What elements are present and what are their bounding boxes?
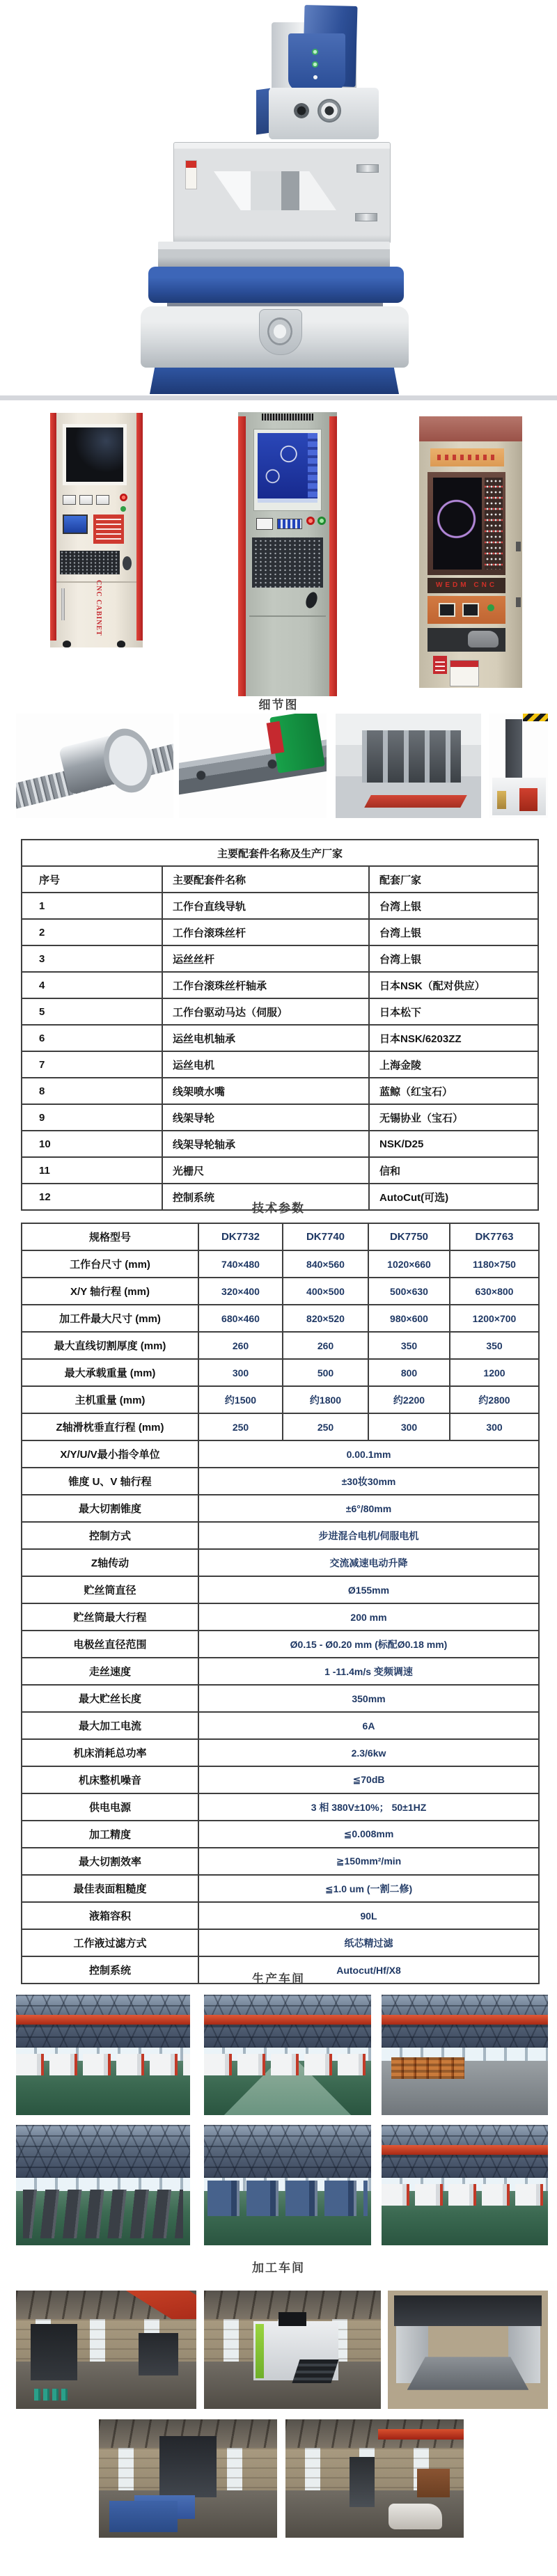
red-drawer — [519, 788, 538, 811]
spec-value-cell: 840×560 — [283, 1250, 368, 1278]
warning-label-icon — [433, 656, 447, 674]
mouse — [304, 590, 319, 610]
production-photo-3 — [382, 1995, 548, 2115]
rust-machine — [417, 2469, 449, 2497]
ballscrew-flange — [97, 723, 158, 798]
gantry-machine — [159, 2436, 217, 2497]
spec-value-cell: 1020×660 — [368, 1250, 450, 1278]
spec-row: 最大加工电流6A — [22, 1712, 539, 1739]
green-button-icon — [317, 517, 326, 525]
spec-value-cell: 680×460 — [198, 1305, 283, 1332]
spec-row: 机床整机噪音≦70dB — [22, 1766, 539, 1793]
accessories-cell: 日本松下 — [369, 998, 538, 1025]
spec-value-cell: 300 — [368, 1413, 450, 1440]
spec-span-cell: 交流减速电动升降 — [198, 1549, 539, 1576]
processing-photo-1 — [16, 2291, 196, 2409]
detail-photo-worktable — [336, 714, 481, 818]
cabinet-red-frame — [329, 416, 337, 696]
spec-value-cell: 约2800 — [450, 1386, 539, 1413]
accessories-cell: 运丝丝杆 — [162, 945, 369, 972]
caster-wheel-icon — [117, 641, 125, 647]
spec-value-cell: 250 — [283, 1413, 368, 1440]
spec-row-label: 供电电源 — [22, 1793, 198, 1821]
accessories-row: 9线架导轮无锡协业（宝石） — [22, 1104, 538, 1131]
spec-span-cell: 2.3/6kw — [198, 1739, 539, 1766]
accessories-cell: 7 — [22, 1051, 162, 1078]
processing-photo-3 — [388, 2291, 548, 2409]
dark-machine — [139, 2333, 178, 2375]
accessories-cell: 10 — [22, 1131, 162, 1157]
spec-value-cell: 250 — [198, 1413, 283, 1440]
spec-span-cell: 90L — [198, 1902, 539, 1929]
machine-row — [16, 2054, 190, 2075]
accessories-cell: 蓝鲸（红宝石） — [369, 1078, 538, 1104]
cabinet-red-edge — [50, 413, 56, 641]
gauge-icon — [256, 518, 273, 530]
accessories-cell: 1 — [22, 893, 162, 919]
spec-value-cell: 300 — [198, 1359, 283, 1386]
spec-row: 最大切割效率≧150mm²/min — [22, 1848, 539, 1875]
spec-value-cell: 800 — [368, 1359, 450, 1386]
spec-value-cell: 260 — [283, 1332, 368, 1359]
spec-table: 规格型号DK7732DK7740DK7750DK7763工作台尺寸 (mm)74… — [21, 1223, 540, 1984]
cabinet-brand-text: CNC CABINET — [95, 580, 102, 644]
spec-row-label: 液箱容积 — [22, 1902, 198, 1929]
accessories-cell: 工作台滚珠丝杆轴承 — [162, 972, 369, 998]
machine-dial-icon — [317, 99, 341, 123]
accessories-cell: 上海金陵 — [369, 1051, 538, 1078]
spec-value-cell: 400×500 — [283, 1278, 368, 1305]
spec-row: 电极丝直径范围Ø0.15 - Ø0.20 mm (标配Ø0.18 mm) — [22, 1631, 539, 1658]
crane-beam — [378, 2429, 464, 2440]
accessories-row: 1工作台直线导轨台湾上银 — [22, 893, 538, 919]
spec-span-cell: ≦1.0 um (一割二修) — [198, 1875, 539, 1902]
spec-span-cell: 3 相 380V±10%； 50±1HZ — [198, 1793, 539, 1821]
cabinet-red-frame — [238, 416, 246, 696]
crane-beam — [382, 2015, 548, 2025]
machine-table-rim — [158, 242, 390, 267]
pallet-stacks — [391, 2057, 464, 2079]
accessories-row: 7运丝电机上海金陵 — [22, 1051, 538, 1078]
spec-value-cell: 350 — [450, 1332, 539, 1359]
accessories-cell: 台湾上银 — [369, 945, 538, 972]
crane-beam — [382, 2145, 548, 2155]
production-photo-1 — [16, 1995, 190, 2115]
accessories-cell: NSK/D25 — [369, 1131, 538, 1157]
spec-value-cell: 500 — [283, 1359, 368, 1386]
screen-taskbar — [258, 498, 317, 503]
accessories-column-header: 主要配套件名称 — [162, 866, 369, 893]
keyboard — [252, 537, 323, 588]
green-button-icon — [487, 604, 494, 611]
wire-frame-column — [505, 719, 522, 784]
accessories-cell: 信和 — [369, 1157, 538, 1184]
hinge-icon — [355, 213, 377, 221]
spec-row: 最大直线切割厚度 (mm)260260350350 — [22, 1332, 539, 1359]
green-machine-trim — [256, 2324, 265, 2378]
spec-row: 液箱容积90L — [22, 1902, 539, 1929]
spec-row: 主机重量 (mm)约1500约1800约2200约2800 — [22, 1386, 539, 1413]
production-heading: 生产车间 — [0, 1969, 557, 1986]
spec-span-cell: ≧150mm²/min — [198, 1848, 539, 1875]
spec-row-label: Z轴滑枕垂直行程 (mm) — [22, 1413, 198, 1440]
processing-photo-5 — [285, 2419, 464, 2538]
accessories-cell: 5 — [22, 998, 162, 1025]
vent-grille-icon — [262, 414, 313, 421]
accessories-cell: 工作台驱动马达（伺服） — [162, 998, 369, 1025]
spec-row: 供电电源3 相 380V±10%； 50±1HZ — [22, 1793, 539, 1821]
factory-roof — [16, 2125, 190, 2178]
spec-value-cell: 980×600 — [368, 1305, 450, 1332]
spec-row-label: 机床消耗总功率 — [22, 1739, 198, 1766]
spec-row-label: X/Y 轴行程 (mm) — [22, 1278, 198, 1305]
hazard-stripe-icon — [523, 714, 548, 721]
spec-row: 贮丝筒最大行程200 mm — [22, 1603, 539, 1631]
spec-model-header: DK7750 — [368, 1223, 450, 1250]
spec-span-cell: 纸芯精过滤 — [198, 1929, 539, 1956]
spec-row: 锥度 U、V 轴行程±30妆30mm — [22, 1468, 539, 1495]
covered-part — [389, 2504, 442, 2529]
detail-photo-wire-frame — [489, 714, 548, 818]
gas-cylinders — [34, 2389, 70, 2401]
warning-card-icon — [450, 660, 479, 686]
processing-photo-4 — [99, 2419, 277, 2538]
spec-span-cell: 0.00.1mm — [198, 1440, 539, 1468]
green-button-icon — [312, 49, 318, 55]
spec-span-cell: 350mm — [198, 1685, 539, 1712]
accessories-cell: 2 — [22, 919, 162, 945]
machine-blue-wedge — [256, 88, 270, 135]
spec-row-label: X/Y/U/V最小指令单位 — [22, 1440, 198, 1468]
spec-row: 工作台尺寸 (mm)740×480840×5601020×6601180×750 — [22, 1250, 539, 1278]
hinge-icon — [516, 597, 521, 607]
spec-value-cell: 约1800 — [283, 1386, 368, 1413]
spec-row-label: 加工件最大尺寸 (mm) — [22, 1305, 198, 1332]
production-photo-6 — [382, 2125, 548, 2245]
door-handle — [61, 588, 65, 620]
spec-row: 工作液过滤方式纸芯精过滤 — [22, 1929, 539, 1956]
accessories-cell: 运丝电机轴承 — [162, 1025, 369, 1051]
spec-value-cell: 260 — [198, 1332, 283, 1359]
spec-row-label: 锥度 U、V 轴行程 — [22, 1468, 198, 1495]
spec-row-label: 最佳表面粗糙度 — [22, 1875, 198, 1902]
accessories-row: 11光栅尺信和 — [22, 1157, 538, 1184]
accessories-cell: 4 — [22, 972, 162, 998]
spec-row-label: 最大加工电流 — [22, 1712, 198, 1739]
control-cabinet-photo-2 — [238, 412, 337, 696]
processing-photo-2 — [204, 2291, 381, 2409]
accessories-cell: 无锡协业（宝石） — [369, 1104, 538, 1131]
accessories-row: 5工作台驱动马达（伺服）日本松下 — [22, 998, 538, 1025]
spec-row-label: 最大切割效率 — [22, 1848, 198, 1875]
accessories-cell: 日本NSK（配对供应） — [369, 972, 538, 998]
accessories-cell: 线架导轮 — [162, 1104, 369, 1131]
spec-label-header: 规格型号 — [22, 1223, 198, 1250]
spec-span-cell: ±30妆30mm — [198, 1468, 539, 1495]
spec-row-label: 最大直线切割厚度 (mm) — [22, 1332, 198, 1359]
accessories-column-header: 序号 — [22, 866, 162, 893]
cabinet-brand-text: WEDM CNC — [427, 578, 505, 593]
spec-span-cell: 步进混合电机/伺服电机 — [198, 1522, 539, 1549]
green-button-icon — [120, 506, 126, 512]
dark-machine — [31, 2324, 77, 2381]
spec-row-label: 主机重量 (mm) — [22, 1386, 198, 1413]
accessories-cell: 工作台直线导轨 — [162, 893, 369, 919]
spec-span-cell: ±6°/80mm — [198, 1495, 539, 1522]
dust-cover — [468, 631, 499, 647]
red-button-icon — [120, 494, 127, 501]
factory-roof — [204, 2125, 371, 2178]
worktank-red-trim — [364, 795, 467, 808]
machine-screen — [278, 2312, 307, 2326]
accessories-cell: 台湾上银 — [369, 919, 538, 945]
production-photo-5 — [204, 2125, 371, 2245]
green-button-icon — [312, 61, 318, 68]
detail-photo-ballscrew — [16, 714, 173, 818]
gauge-icon — [462, 603, 479, 617]
processing-heading: 加工车间 — [0, 2258, 557, 2275]
machine-row — [382, 2184, 548, 2206]
machine-bed — [407, 2357, 529, 2390]
accessories-cell: 线架喷水嘴 — [162, 1078, 369, 1104]
spec-value-cell: 350 — [368, 1332, 450, 1359]
details-heading: 细节图 — [0, 695, 557, 712]
crane-beam — [204, 2015, 371, 2025]
machine-base-rows — [23, 2190, 183, 2238]
accessories-row: 8线架喷水嘴蓝鲸（红宝石） — [22, 1078, 538, 1104]
spec-row: Z轴滑枕垂直行程 (mm)250250300300 — [22, 1413, 539, 1440]
gauge-icon — [439, 603, 455, 617]
hinge-icon — [516, 542, 521, 551]
enclosure-warning-label — [185, 160, 197, 189]
label-strip — [430, 448, 504, 466]
spec-row-label: 加工精度 — [22, 1821, 198, 1848]
blue-casting — [109, 2501, 177, 2531]
red-button-icon — [306, 517, 315, 525]
gauge-icon — [63, 495, 76, 505]
spec-row: 最大承载重量 (mm)3005008001200 — [22, 1359, 539, 1386]
spec-row: 机床消耗总功率2.3/6kw — [22, 1739, 539, 1766]
cabinet-red-edge — [136, 413, 143, 641]
spec-row-label: 走丝速度 — [22, 1658, 198, 1685]
machine-top-frame — [394, 2295, 542, 2326]
spec-row-label: 机床整机噪音 — [22, 1766, 198, 1793]
accessories-cell: 9 — [22, 1104, 162, 1131]
spec-model-header: DK7740 — [283, 1223, 368, 1250]
product-detail-page: CNC CABINET WEDM CNC — [0, 0, 557, 2576]
accessories-cell: 台湾上银 — [369, 893, 538, 919]
window-row — [16, 2178, 190, 2191]
spec-row: 最大切割锥度±6°/80mm — [22, 1495, 539, 1522]
accessories-cell: 线架导轮轴承 — [162, 1131, 369, 1157]
accessories-cell: 日本NSK/6203ZZ — [369, 1025, 538, 1051]
accessories-table: 主要配套件名称及生产厂家序号主要配套件名称配套厂家1工作台直线导轨台湾上银2工作… — [21, 839, 539, 1211]
detail-photo-linear-rail — [179, 714, 327, 818]
accessories-row: 4工作台滚珠丝杆轴承日本NSK（配对供应） — [22, 972, 538, 998]
machine-control-panel — [288, 33, 345, 91]
small-lcd-screen — [63, 515, 88, 534]
spec-span-cell: Ø155mm — [198, 1576, 539, 1603]
gauge-icon — [96, 495, 109, 505]
spec-row: 最大贮丝长度350mm — [22, 1685, 539, 1712]
red-info-card — [93, 515, 124, 544]
spec-model-header: DK7763 — [450, 1223, 539, 1250]
spec-value-cell: 320×400 — [198, 1278, 283, 1305]
spec-row-label: 最大切割锥度 — [22, 1495, 198, 1522]
spec-value-cell: 630×800 — [450, 1278, 539, 1305]
accessories-row: 6运丝电机轴承日本NSK/6203ZZ — [22, 1025, 538, 1051]
button-grid — [485, 478, 503, 570]
spec-value-cell: 约2200 — [368, 1386, 450, 1413]
control-cabinet-photo-3: WEDM CNC — [419, 416, 522, 688]
spec-row: 控制方式步进混合电机/伺服电机 — [22, 1522, 539, 1549]
machine-row — [204, 2054, 371, 2075]
hero-machine-photo — [139, 6, 418, 395]
accessories-cell: 运丝电机 — [162, 1051, 369, 1078]
accessories-cell: 6 — [22, 1025, 162, 1051]
crane-beam — [16, 2015, 190, 2025]
spec-row-label: 贮丝筒直径 — [22, 1576, 198, 1603]
spec-row: X/Y/U/V最小指令单位0.00.1mm — [22, 1440, 539, 1468]
cabinet-screen — [63, 424, 127, 485]
accessories-cell: 工作台滚珠丝杆 — [162, 919, 369, 945]
keyboard — [60, 551, 120, 574]
machine-steps — [292, 2359, 339, 2383]
spec-row: 走丝速度1 -11.4m/s 变频调速 — [22, 1658, 539, 1685]
spec-value-cell: 500×630 — [368, 1278, 450, 1305]
spec-value-cell: 1200 — [450, 1359, 539, 1386]
spec-span-cell: ≦70dB — [198, 1766, 539, 1793]
spec-row-label: 电极丝直径范围 — [22, 1631, 198, 1658]
accessories-cell: 11 — [22, 1157, 162, 1184]
worktank-interior — [362, 730, 461, 783]
machine-knob-icon — [294, 103, 309, 118]
spec-header-row: 规格型号DK7732DK7740DK7750DK7763 — [22, 1223, 539, 1250]
accessories-row: 3运丝丝杆台湾上银 — [22, 945, 538, 972]
machine-base-skirt — [150, 368, 399, 394]
spec-span-cell: 6A — [198, 1712, 539, 1739]
spec-row-label: 工作台尺寸 (mm) — [22, 1250, 198, 1278]
accessories-cell: 8 — [22, 1078, 162, 1104]
spec-row-label: 最大承载重量 (mm) — [22, 1359, 198, 1386]
spec-row-label: 控制方式 — [22, 1522, 198, 1549]
spec-row-label: 最大贮丝长度 — [22, 1685, 198, 1712]
accessories-row: 2工作台滚珠丝杆台湾上银 — [22, 919, 538, 945]
spec-value-cell: 820×520 — [283, 1305, 368, 1332]
spec-value-cell: 300 — [450, 1413, 539, 1440]
spec-row: 加工件最大尺寸 (mm)680×460820×520980×6001200×70… — [22, 1305, 539, 1332]
spec-row: 加工精度≦0.008mm — [22, 1821, 539, 1848]
blue-machine-row — [207, 2181, 368, 2217]
spec-span-cell: 1 -11.4m/s 变频调速 — [198, 1658, 539, 1685]
cabinet-screen — [433, 478, 482, 570]
production-photo-2 — [204, 1995, 371, 2115]
white-indicator-icon — [313, 75, 317, 79]
control-cabinet-photo-1: CNC CABINET — [50, 413, 143, 647]
cabinet-screen — [258, 433, 308, 503]
dark-machine — [350, 2457, 375, 2506]
production-photo-4 — [16, 2125, 190, 2245]
tech-params-heading: 技术参数 — [0, 1198, 557, 1216]
gauge-icon — [79, 495, 93, 505]
spec-row: X/Y 轴行程 (mm)320×400400×500500×630630×800 — [22, 1278, 539, 1305]
section-divider — [0, 395, 557, 400]
mouse — [123, 556, 132, 570]
accessories-cell: 光栅尺 — [162, 1157, 369, 1184]
accessories-column-header: 配套厂家 — [369, 866, 538, 893]
spec-value-cell: 740×480 — [198, 1250, 283, 1278]
spec-span-cell: Ø0.15 - Ø0.20 mm (标配Ø0.18 mm) — [198, 1631, 539, 1658]
accessories-header-row: 序号主要配套件名称配套厂家 — [22, 866, 538, 893]
spec-value-cell: 1200×700 — [450, 1305, 539, 1332]
accessories-table-title: 主要配套件名称及生产厂家 — [22, 840, 538, 866]
accessories-cell: 3 — [22, 945, 162, 972]
handle-oval-icon — [267, 317, 292, 345]
spec-value-cell: 约1500 — [198, 1386, 283, 1413]
spec-row-label: 贮丝筒最大行程 — [22, 1603, 198, 1631]
caster-wheel-icon — [63, 641, 71, 647]
spec-model-header: DK7732 — [198, 1223, 283, 1250]
spec-span-cell: ≦0.008mm — [198, 1821, 539, 1848]
screen-button-column — [308, 433, 317, 503]
spec-span-cell: 200 mm — [198, 1603, 539, 1631]
machine-blue-bed — [148, 267, 404, 303]
spec-value-cell: 1180×750 — [450, 1250, 539, 1278]
spec-row: 贮丝筒直径Ø155mm — [22, 1576, 539, 1603]
accessories-row: 10线架导轮轴承NSK/D25 — [22, 1131, 538, 1157]
brass-part — [497, 791, 507, 809]
cabinet-top-band — [419, 416, 522, 441]
spec-row-label: Z轴传动 — [22, 1549, 198, 1576]
spec-row: Z轴传动交流减速电动升降 — [22, 1549, 539, 1576]
meter-icon — [277, 519, 302, 529]
spec-row: 最佳表面粗糙度≦1.0 um (一割二修) — [22, 1875, 539, 1902]
door-seam — [249, 615, 326, 617]
hinge-icon — [356, 164, 379, 173]
spec-row-label: 工作液过滤方式 — [22, 1929, 198, 1956]
